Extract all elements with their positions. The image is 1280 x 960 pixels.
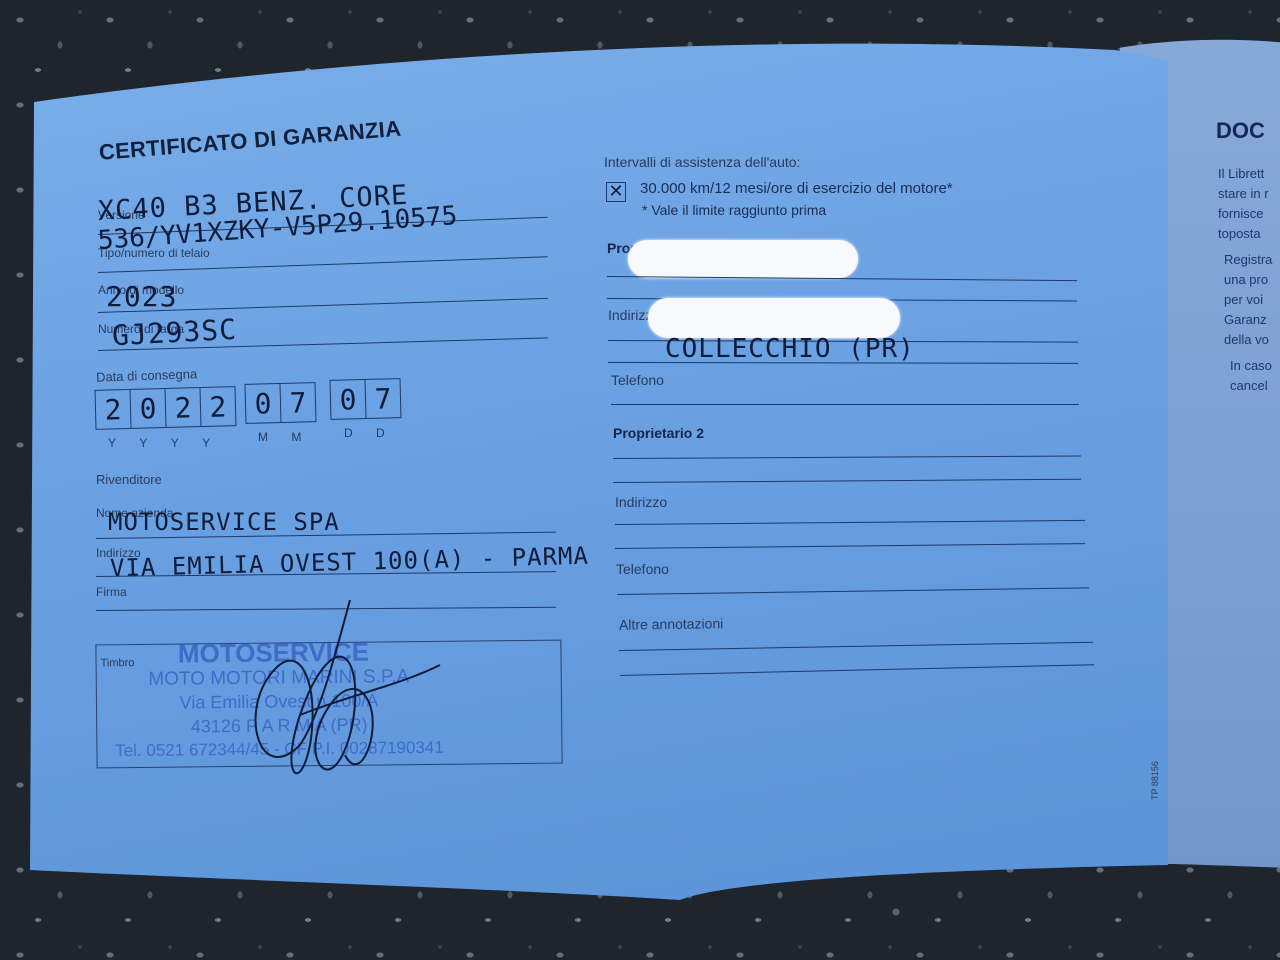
firma-label: Firma [96, 585, 127, 599]
proprietario2-heading: Proprietario 2 [613, 425, 704, 441]
right-page-heading: DOC [1216, 118, 1265, 144]
intervalli-checkbox[interactable]: ✕ [606, 182, 626, 202]
date-year-hints: Y Y Y Y [108, 436, 210, 450]
right-paragraph-2: Registra una pro per voi Garanz della vo [1224, 250, 1272, 350]
redaction-name [628, 240, 858, 278]
signature-scribble [240, 595, 460, 795]
proprietario2-indirizzo-label: Indirizzo [615, 494, 667, 510]
nome-azienda-value[interactable]: MOTOSERVICE SPA [108, 508, 340, 536]
altre-annotazioni-label: Altre annotazioni [619, 615, 724, 632]
date-day-boxes[interactable]: 07 [329, 378, 401, 420]
intervalli-heading: Intervalli di assistenza dell'auto: [604, 154, 800, 170]
right-paragraph-1: Il Librett stare in r fornisce toposta [1218, 164, 1269, 244]
rivenditore-heading: Rivenditore [96, 472, 162, 487]
redaction-address [648, 298, 900, 338]
proprietario1-city[interactable]: COLLECCHIO (PR) [665, 334, 915, 364]
right-paragraph-3: In caso cancel [1230, 356, 1272, 396]
date-year-boxes[interactable]: 2022 [95, 386, 237, 430]
print-code: TP 88156 [1150, 761, 1160, 800]
anno-value[interactable]: 2023 [106, 280, 177, 313]
intervalli-option: 30.000 km/12 mesi/ore di esercizio del m… [640, 180, 953, 197]
date-month-hints: M M [258, 430, 301, 444]
date-day-hints: D D [344, 426, 385, 440]
intervalli-note: * Vale il limite raggiunto prima [642, 202, 826, 218]
date-month-boxes[interactable]: 07 [244, 382, 316, 424]
proprietario1-telefono-label: Telefono [611, 372, 664, 388]
proprietario2-telefono-label: Telefono [616, 561, 669, 577]
